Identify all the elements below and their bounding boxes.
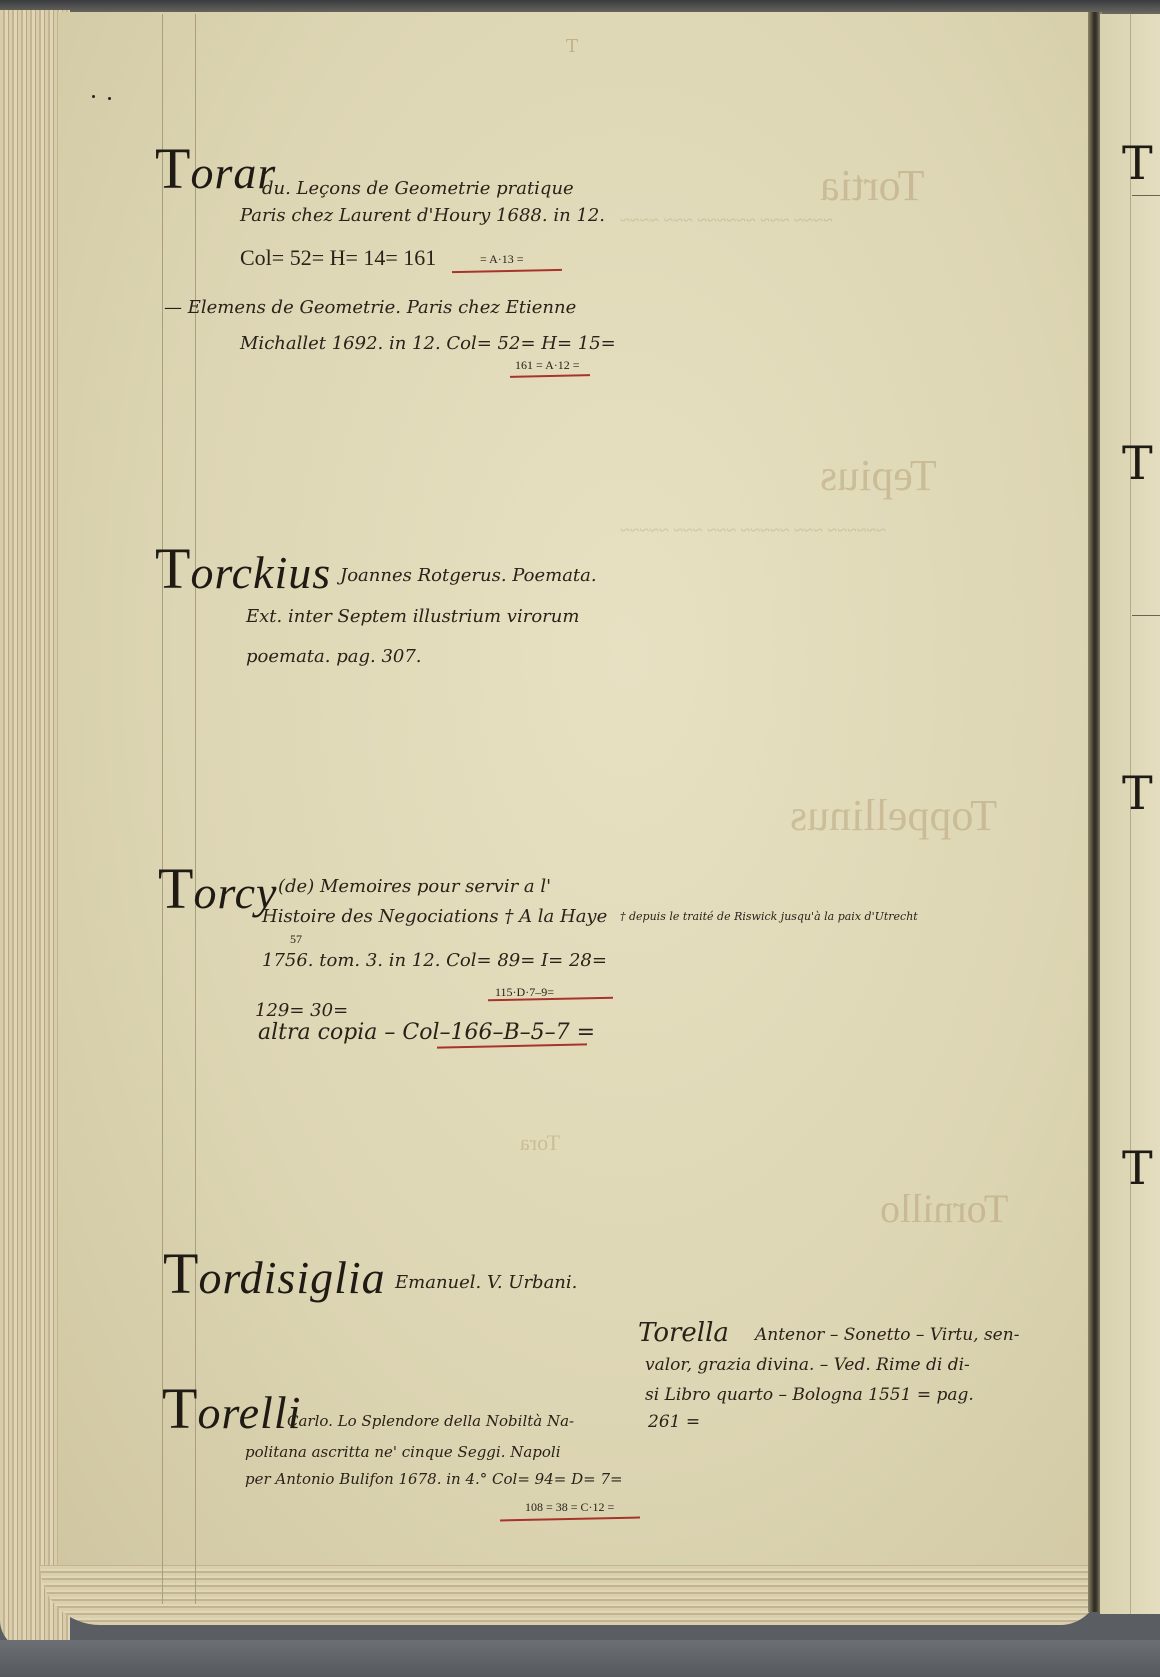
entry-line: 261 = xyxy=(648,1412,700,1432)
bleed-through-lines: ~~~~ ~~~ ~~~~~~ ~~~ ~~~~ xyxy=(620,210,833,231)
entry-line: Ext. inter Septem illustrium virorum xyxy=(246,606,579,627)
scanner-frame-bottom xyxy=(0,1640,1160,1677)
shelfmark: 161 = A·12 = xyxy=(515,358,580,373)
margin-rule-right xyxy=(195,14,196,1604)
page-bottom-edge xyxy=(40,1565,1100,1625)
headword-torcy: Torcy xyxy=(158,860,277,918)
entry-line: si Libro quarto – Bologna 1551 = pag. xyxy=(645,1385,974,1405)
bleed-through-lines: ~~~~~~ ~~~ ~~~~~ ~~~ ~~~ ~~~~~ xyxy=(620,520,886,541)
facing-page-initial: T xyxy=(1122,440,1153,486)
entry-line: per Antonio Bulifon 1678. in 4.° Col= 94… xyxy=(245,1470,623,1488)
headword-torar: Torar xyxy=(155,140,276,198)
entry-line: Paris chez Laurent d'Houry 1688. in 12. xyxy=(240,205,605,226)
ink-spot xyxy=(108,97,111,100)
margin-rule-left xyxy=(162,14,163,1604)
superscript: 57 xyxy=(290,932,302,947)
running-head: T xyxy=(566,36,578,57)
headword-tordisiglia: Tordisiglia xyxy=(163,1245,386,1303)
entry-line: (de) Memoires pour servir a l' xyxy=(278,876,551,897)
bleed-through-text: Tora xyxy=(520,1130,560,1156)
entry-line: 129= 30= xyxy=(255,1000,348,1021)
headword-torelli: Torelli xyxy=(162,1380,301,1438)
entry-callnumber: Col= 52= H= 14= 161 xyxy=(240,245,436,271)
bleed-through-text: Tornillo xyxy=(880,1185,1008,1232)
bleed-through-text: Tortia xyxy=(820,160,924,211)
shelfmark: 108 = 38 = C·12 = xyxy=(525,1500,614,1515)
entry-line: — Elemens de Geometrie. Paris chez Etien… xyxy=(164,297,576,318)
entry-line: Emanuel. V. Urbani. xyxy=(395,1272,577,1293)
entry-line: 1756. tom. 3. in 12. Col= 89= I= 28= xyxy=(262,950,607,971)
facing-page-initial: T xyxy=(1122,770,1153,816)
entry-line: Antenor – Sonetto – Virtu, sen- xyxy=(755,1325,1019,1345)
bleed-through-text: Tepius xyxy=(820,450,937,501)
facing-page-initial: T xyxy=(1122,1145,1153,1191)
bleed-through-text: Toppellinus xyxy=(790,790,997,841)
entry-line: politana ascritta ne' cinque Seggi. Napo… xyxy=(245,1443,561,1461)
entry-line: Histoire des Negociations † A la Haye xyxy=(262,906,607,927)
side-note: † depuis le traité de Riswick jusqu'à la… xyxy=(620,910,918,923)
facing-page-initial: T xyxy=(1122,140,1153,186)
facing-page-rule xyxy=(1132,615,1160,616)
ink-spot xyxy=(92,95,95,98)
headword-torella: Torella xyxy=(638,1318,729,1348)
entry-line: poemata. pag. 307. xyxy=(246,646,422,667)
entry-extra-copy: altra copia – Col–166–B–5–7 = xyxy=(258,1020,595,1045)
entry-line: du. Leçons de Geometrie pratique xyxy=(262,178,574,199)
headword-torckius: Torckius xyxy=(155,540,331,598)
entry-line: Joannes Rotgerus. Poemata. xyxy=(340,565,597,586)
entry-line: valor, grazia divina. – Ved. Rime di di- xyxy=(645,1355,970,1375)
entry-line: Carlo. Lo Splendore della Nobiltà Na- xyxy=(287,1412,574,1430)
entry-line: Michallet 1692. in 12. Col= 52= H= 15= xyxy=(240,333,616,354)
facing-page-rule xyxy=(1132,195,1160,196)
shelfmark: = A·13 = xyxy=(480,252,524,267)
